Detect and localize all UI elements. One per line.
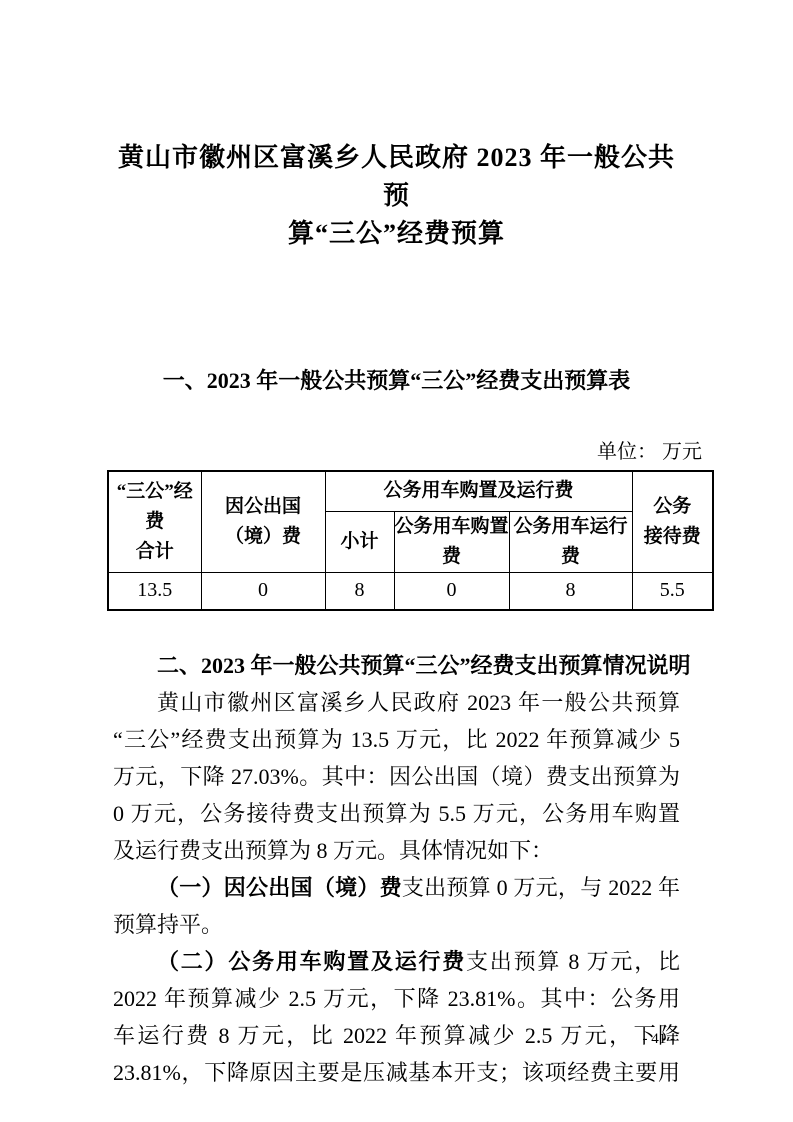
text-segment: 支出预算 0 万元，与 2022 年 (402, 875, 680, 900)
table-header-abroad: 因公出国（境）费 (201, 471, 325, 572)
three-public-budget-table: “三公”经费 合计 因公出国（境）费 公务用车购置及运行费 公务 接待费 小计 … (107, 470, 714, 611)
document-page: 黄山市徽州区富溪乡人民政府 2023 年一般公共预 算“三公”经费预算 一、20… (0, 0, 793, 1122)
text-segment: 2022 年预算减少 2.5 万元，下降 23.81%。其中：公务用 (113, 986, 680, 1011)
table-value-reception: 5.5 (632, 572, 713, 610)
section1-heading: 一、2023 年一般公共预算“三公”经费支出预算表 (113, 366, 680, 396)
table-header-reception: 公务 接待费 (632, 471, 713, 572)
paragraph-line: 23.81%，下降原因主要是压减基本开支；该项经费主要用 (113, 1054, 680, 1091)
document-title: 黄山市徽州区富溪乡人民政府 2023 年一般公共预 算“三公”经费预算 (113, 139, 680, 253)
table-value-total: 13.5 (108, 572, 201, 610)
paragraph-line: 0 万元，公务接待费支出预算为 5.5 万元，公务用车购置 (113, 795, 680, 832)
table-value-abroad: 0 (201, 572, 325, 610)
table-value-vehicle-subtotal: 8 (325, 572, 394, 610)
section2-heading: 二、2023 年一般公共预算“三公”经费支出预算情况说明 (113, 647, 680, 684)
table-header-total-line1: “三公”经费 (117, 481, 193, 532)
document-title-line: 黄山市徽州区富溪乡人民政府 2023 年一般公共预 (113, 139, 680, 215)
table-value-vehicle-operation: 8 (509, 572, 632, 610)
paragraph-line: 预算持平。 (113, 906, 680, 943)
text-segment: 及运行费支出预算为 8 万元。具体情况如下： (113, 838, 553, 863)
table-header-total-line2: 合计 (136, 541, 174, 562)
paragraph-line: （一）因公出国（境）费支出预算 0 万元，与 2022 年 (113, 869, 680, 906)
table-header-total: “三公”经费 合计 (108, 471, 201, 572)
paragraph-line: （二）公务用车购置及运行费支出预算 8 万元，比 (113, 943, 680, 980)
text-segment: 0 万元，公务接待费支出预算为 5.5 万元，公务用车购置 (113, 801, 680, 826)
bold-text-segment: （二）公务用车购置及运行费 (157, 949, 466, 974)
paragraph-line: 车运行费 8 万元，比 2022 年预算减少 2.5 万元，下降 (113, 1017, 680, 1054)
table-header-vehicle-purchase: 公务用车购置费 (394, 511, 509, 572)
page-content: 黄山市徽州区富溪乡人民政府 2023 年一般公共预 算“三公”经费预算 一、20… (113, 0, 680, 1091)
text-segment: “三公”经费支出预算为 13.5 万元，比 2022 年预算减少 5 (113, 727, 680, 752)
paragraph-line: 黄山市徽州区富溪乡人民政府 2023 年一般公共预算 (113, 684, 680, 721)
table-header-reception-line2: 接待费 (644, 526, 701, 547)
table-header-reception-line1: 公务 (653, 496, 691, 517)
table-value-vehicle-purchase: 0 (394, 572, 509, 610)
table-header-vehicle-operation: 公务用车运行费 (509, 511, 632, 572)
text-segment: 车运行费 8 万元，比 2022 年预算减少 2.5 万元，下降 (113, 1023, 680, 1048)
text-segment: 预算持平。 (113, 912, 223, 937)
paragraph-line: 万元，下降 27.03%。其中：因公出国（境）费支出预算为 (113, 758, 680, 795)
page-number: - 41 - (643, 1030, 676, 1048)
table-header-vehicle-subtotal: 小计 (325, 511, 394, 572)
unit-label: 单位： 万元 (107, 439, 712, 465)
section2-body: 黄山市徽州区富溪乡人民政府 2023 年一般公共预算“三公”经费支出预算为 13… (113, 684, 680, 1091)
text-segment: 黄山市徽州区富溪乡人民政府 2023 年一般公共预算 (157, 690, 680, 715)
text-segment: 支出预算 8 万元，比 (466, 949, 680, 974)
paragraph-line: 及运行费支出预算为 8 万元。具体情况如下： (113, 832, 680, 869)
table-header-vehicle-group: 公务用车购置及运行费 (325, 471, 632, 511)
paragraph-line: 2022 年预算减少 2.5 万元，下降 23.81%。其中：公务用 (113, 980, 680, 1017)
text-segment: 万元，下降 27.03%。其中：因公出国（境）费支出预算为 (113, 764, 680, 789)
paragraph-line: “三公”经费支出预算为 13.5 万元，比 2022 年预算减少 5 (113, 721, 680, 758)
text-segment: 23.81%，下降原因主要是压减基本开支；该项经费主要用 (113, 1060, 680, 1085)
table-row: 13.5 0 8 0 8 5.5 (108, 572, 713, 610)
bold-text-segment: （一）因公出国（境）费 (157, 875, 402, 900)
document-title-line: 算“三公”经费预算 (113, 215, 680, 253)
